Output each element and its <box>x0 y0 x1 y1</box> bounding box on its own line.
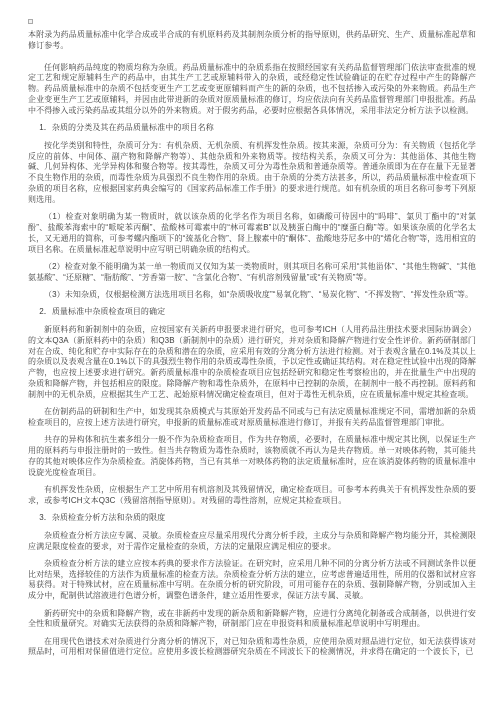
paragraph-classification: 按化学类别和特性，杂质可分为：有机杂质、无机杂质、有机挥发性杂质。按其来源，杂质… <box>28 141 476 206</box>
paragraph-degradation-products: 新药研究中的杂质和降解产物，或在非新药中发现的新杂质和新降解产物，应进行分离纯化… <box>28 609 476 631</box>
anchor-marker-icon <box>28 19 33 24</box>
paragraph-coexisting-isomers: 共存的异构体和抗生素多组分一般不作为杂质检查项目，作为共存物质，必要时，在质量标… <box>28 435 476 478</box>
paragraph-volatile-impurity: 有机挥发性杂质，应根据生产工艺中所用有机溶剂及其残留情况，确定检查项目。可参考本… <box>28 485 476 507</box>
document-body: 本附录为药品质量标准中化学合成或半合成的有机原料药及其制剂杂质分析的指导原则，供… <box>28 30 476 658</box>
section-heading-3: 3．杂质检查分析方法和杂质的限度 <box>28 513 476 524</box>
list-item-2: （2）检查对象不能明确为某一单一物质而又仅知为某一类物质时，则其项目名称可采用“… <box>28 262 476 284</box>
intro-paragraph: 本附录为药品质量标准中化学合成或半合成的有机原料药及其制剂杂质分析的指导原则，供… <box>28 30 476 52</box>
list-item-1: （1）检查对象明确为某一物质时，就以该杂质的化学名作为项目名称，如磷酸可待因中的… <box>28 212 476 255</box>
list-item-3: （3）未知杂质，仅根据检测方法选用项目名称，如“杂质吸收度”“易氧化物”、“易炭… <box>28 290 476 301</box>
paragraph-analysis-method: 杂质检查分析方法应专属、灵敏。杂质检查应尽量采用现代分离分析手段，主成分与杂质和… <box>28 531 476 553</box>
paragraph-chromatography: 在用现代色谱技术对杂质进行分离分析的情况下，对已知杂质和毒性杂质，应使用杂质对照… <box>28 637 476 659</box>
paragraph-generic-drug: 在仿制药品的研制和生产中，如发现其杂质模式与其原始开发药品不同或与已有法定质量标… <box>28 407 476 429</box>
document-page: 本附录为药品质量标准中化学合成或半合成的有机原料药及其制剂杂质分析的指导原则，供… <box>0 0 504 713</box>
section-heading-2: 2．质量标准中杂质检查项目的确定 <box>28 307 476 318</box>
section-heading-1: 1．杂质的分类及其在药品质量标准中的项目名称 <box>28 123 476 134</box>
paragraph-new-drug-impurity: 新原料药和新制剂中的杂质，应按国家有关新药申报要求进行研究，也可参考ICH（人用… <box>28 325 476 401</box>
paragraph-impurity-definition: 任何影响药品纯度的物质均称为杂质。药品质量标准中的杂质系指在按照经国家有关药品监… <box>28 63 476 117</box>
paragraph-method-validation: 杂质检查分析方法的建立应按本药典的要求作方法验证。在研究时，应采用几种不同的分离… <box>28 559 476 602</box>
